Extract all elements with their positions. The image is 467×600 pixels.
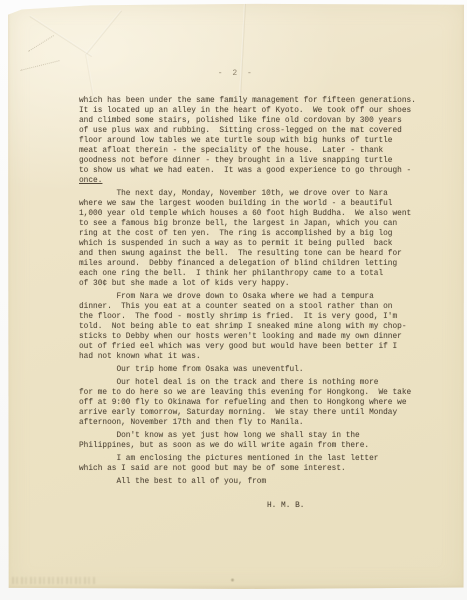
letter-page: - 2 - which has been under the same fami… bbox=[8, 3, 464, 589]
faint-stamp-mark bbox=[12, 577, 96, 584]
closing-line: All the best to all of you, from bbox=[79, 477, 425, 487]
paragraph-trip-home: Our trip home from Osaka was uneventful. bbox=[79, 365, 425, 375]
signature-initials: H. M. B. bbox=[79, 501, 425, 511]
page-number: - 2 - bbox=[8, 69, 464, 78]
scan-background: - 2 - which has been under the same fami… bbox=[0, 0, 467, 600]
underlined-once-line: once. bbox=[79, 176, 425, 186]
pencil-mark-upper bbox=[28, 35, 54, 52]
paragraph-osaka-dinner: From Nara we drove down to Osaka where w… bbox=[79, 292, 425, 362]
paper-crease-diagonal-right bbox=[85, 10, 122, 55]
paragraph-kyoto-turtle: which has been under the same family man… bbox=[79, 96, 425, 176]
ink-speck bbox=[230, 578, 235, 582]
underlined-word: once. bbox=[79, 177, 102, 185]
paragraph-philippines: Don't know as yet just how long we shall… bbox=[79, 431, 425, 451]
paragraph-enclosing-pictures: I am enclosing the pictures mentioned in… bbox=[79, 454, 425, 474]
paragraph-nara-bell: The next day, Monday, November 10th, we … bbox=[79, 189, 425, 289]
paper-crease-diagonal-left bbox=[29, 15, 92, 57]
paragraph-hotel-hongkong: Our hotel deal is on the track and there… bbox=[79, 378, 425, 428]
letter-body: which has been under the same family man… bbox=[79, 96, 425, 511]
